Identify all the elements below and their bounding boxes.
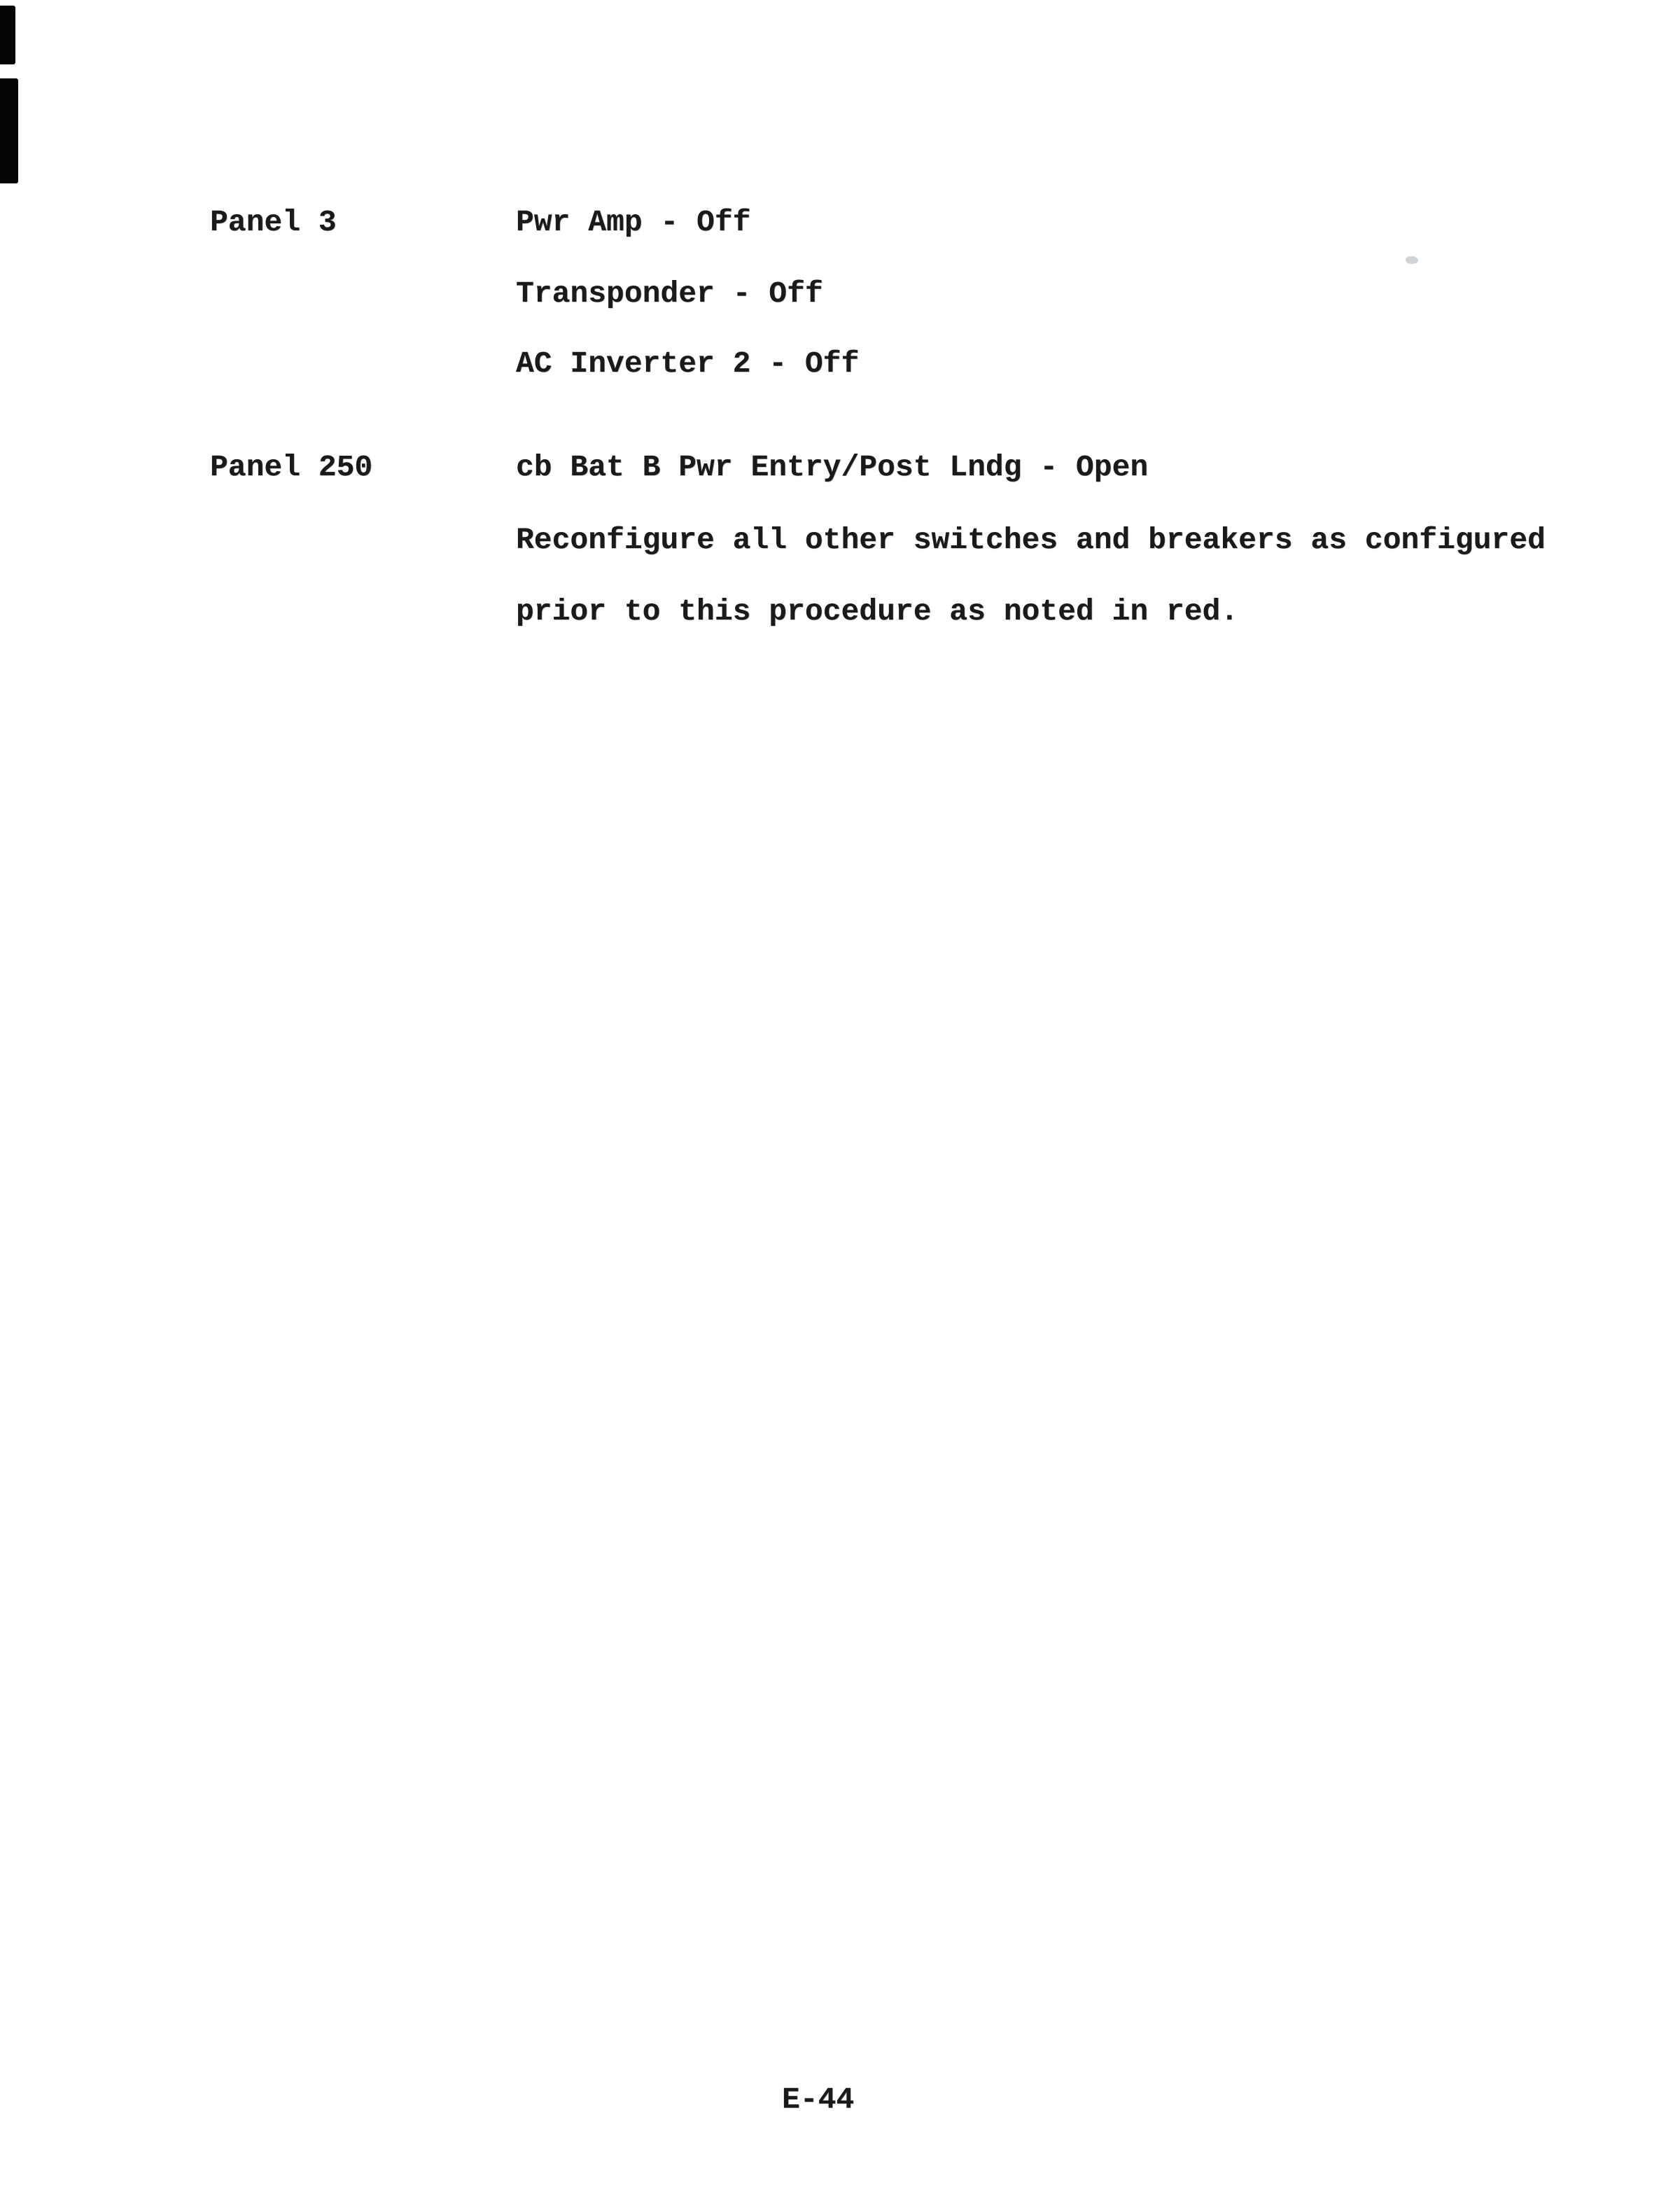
panel-label: Panel 3 [210, 205, 337, 239]
document-page: Panel 3 Pwr Amp - Off Transponder - Off … [0, 0, 1680, 2205]
procedure-step: Reconfigure all other switches and break… [516, 523, 1546, 557]
procedure-step: prior to this procedure as noted in red. [516, 594, 1238, 629]
page-number: E-44 [782, 2082, 854, 2117]
scan-edge-mark-bottom [0, 78, 18, 183]
panel-label: Panel 250 [210, 450, 372, 484]
procedure-step: AC Inverter 2 - Off [516, 346, 859, 381]
procedure-step: Transponder - Off [516, 276, 823, 311]
procedure-step: Pwr Amp - Off [516, 205, 750, 239]
scan-smudge [1406, 256, 1418, 264]
procedure-step: cb Bat B Pwr Entry/Post Lndg - Open [516, 450, 1148, 484]
scan-edge-mark-top [0, 6, 15, 64]
